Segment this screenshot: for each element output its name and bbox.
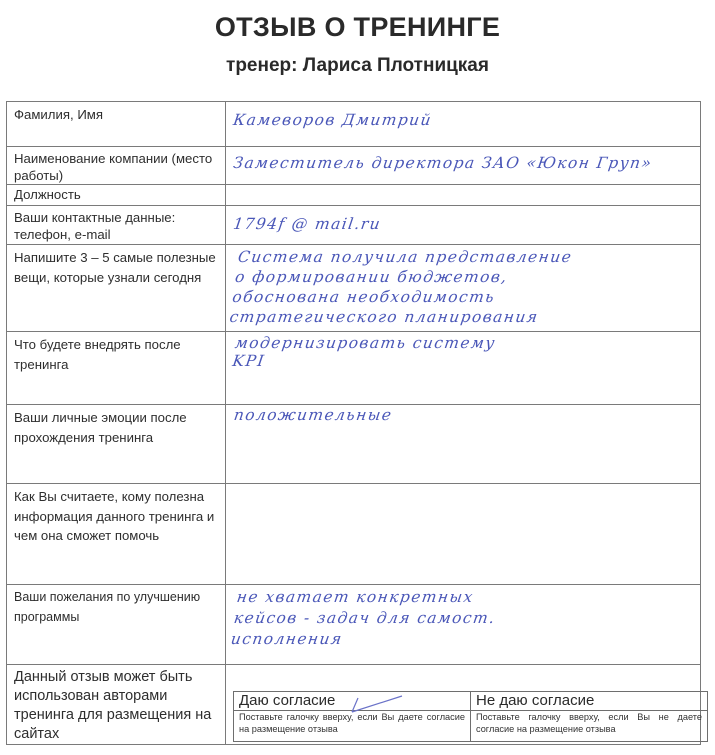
form-row-contacts: Ваши контактные данные: телефон, e-mail …: [7, 206, 701, 245]
field-label: Фамилия, Имя: [7, 102, 226, 147]
contacts-field[interactable]: 1794f @ mail.ru: [226, 206, 701, 245]
form-row-emotions: Ваши личные эмоции после прохождения тре…: [7, 405, 701, 484]
consent-disagree-hint: Поставьте галочку вверху, если Вы не дае…: [471, 711, 708, 742]
handwritten-answer: [226, 185, 700, 187]
field-label: Напишите 3 – 5 самые полезные вещи, кото…: [7, 245, 226, 332]
handwritten-answer: не хватает конкретных кейсов - задач для…: [221, 585, 704, 650]
form-row-implement: Что будете внедрять после тренинга модер…: [7, 332, 701, 405]
useful-things-field[interactable]: Система получила представление о формиро…: [226, 245, 701, 332]
name-field[interactable]: Камеворов Дмитрий: [226, 102, 701, 147]
company-field[interactable]: Заместитель директора ЗАО «Юкон Груп»: [226, 147, 701, 185]
handwritten-answer: 1794f @ mail.ru: [224, 206, 702, 233]
checkmark-icon: [344, 694, 404, 714]
handwritten-answer: положительные: [225, 405, 702, 424]
handwritten-answer: Система получила представление о формиро…: [220, 245, 706, 327]
form-row-name: Фамилия, Имя Камеворов Дмитрий: [7, 102, 701, 147]
handwritten-answer: Заместитель директора ЗАО «Юкон Груп»: [224, 147, 702, 172]
form-row-suggestions: Ваши пожелания по улучшению программы не…: [7, 585, 701, 665]
implement-field[interactable]: модернизировать систему KPI: [226, 332, 701, 405]
consent-agree-option[interactable]: Даю согласие: [234, 692, 471, 711]
consent-cell: Даю согласие Не даю согласие Поставьте г…: [226, 665, 701, 745]
handwritten-answer: [226, 484, 700, 486]
form-row-company: Наименование компании (место работы) Зам…: [7, 147, 701, 185]
field-label: Должность: [7, 185, 226, 206]
consent-disagree-option[interactable]: Не даю согласие: [471, 692, 708, 711]
field-label: Наименование компании (место работы): [7, 147, 226, 185]
field-label: Данный отзыв может быть использован авто…: [7, 665, 226, 745]
consent-table: Даю согласие Не даю согласие Поставьте г…: [233, 691, 708, 742]
position-field[interactable]: [226, 185, 701, 206]
emotions-field[interactable]: положительные: [226, 405, 701, 484]
handwritten-answer: модернизировать систему KPI: [223, 332, 702, 370]
form-row-position: Должность: [7, 185, 701, 206]
trainer-subtitle: тренер: Лариса Плотницкая: [0, 55, 715, 77]
form-row-audience: Как Вы считаете, кому полезна информация…: [7, 484, 701, 585]
field-label: Что будете внедрять после тренинга: [7, 332, 226, 405]
field-label: Ваши пожелания по улучшению программы: [7, 585, 226, 665]
suggestions-field[interactable]: не хватает конкретных кейсов - задач для…: [226, 585, 701, 665]
field-label: Как Вы считаете, кому полезна информация…: [7, 484, 226, 585]
form-row-consent: Данный отзыв может быть использован авто…: [7, 665, 701, 745]
consent-agree-hint: Поставьте галочку вверху, если Вы даете …: [234, 711, 471, 742]
feedback-form-table: Фамилия, Имя Камеворов Дмитрий Наименова…: [6, 101, 701, 745]
audience-field[interactable]: [226, 484, 701, 585]
consent-agree-label: Даю согласие: [239, 692, 335, 709]
consent-disagree-label: Не даю согласие: [476, 692, 594, 709]
form-title: ОТЗЫВ О ТРЕНИНГЕ: [0, 12, 715, 43]
handwritten-answer: Камеворов Дмитрий: [224, 102, 702, 129]
form-row-useful-things: Напишите 3 – 5 самые полезные вещи, кото…: [7, 245, 701, 332]
field-label: Ваши личные эмоции после прохождения тре…: [7, 405, 226, 484]
field-label: Ваши контактные данные: телефон, e-mail: [7, 206, 226, 245]
